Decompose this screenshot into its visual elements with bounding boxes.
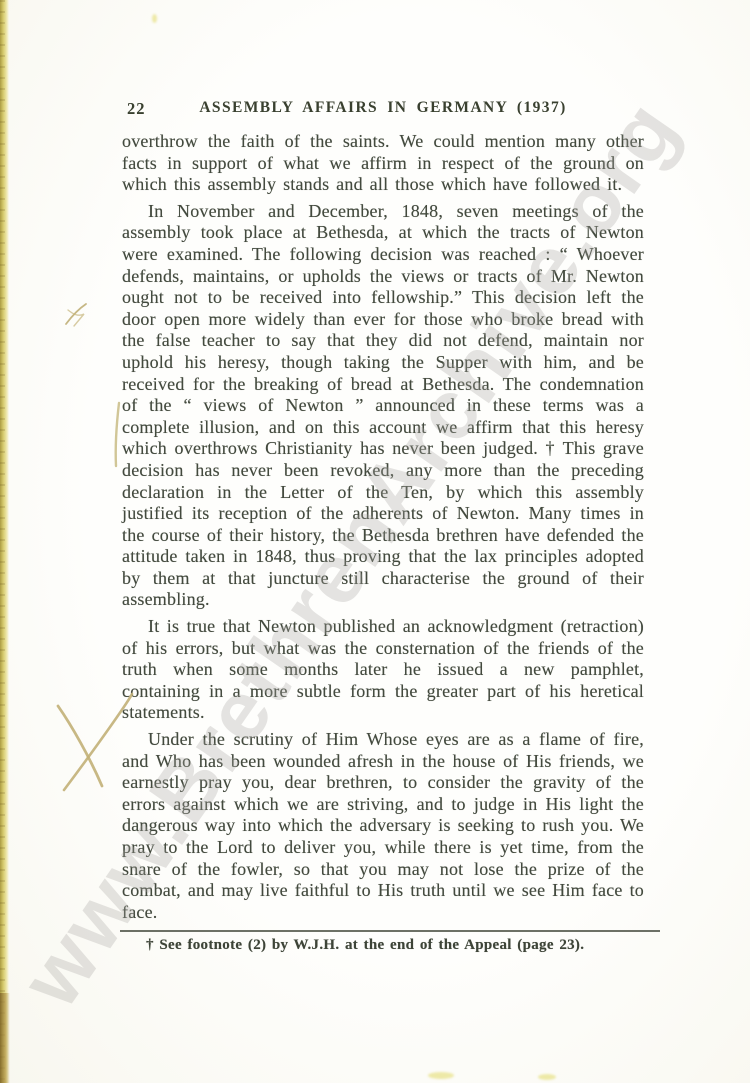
paper-smudge bbox=[538, 1074, 556, 1080]
pencil-squiggle-mark bbox=[62, 300, 92, 332]
page-number: 22 bbox=[127, 99, 146, 119]
page-edge-texture bbox=[0, 0, 5, 1083]
footnote: † See footnote (2) by W.J.H. at the end … bbox=[122, 936, 644, 954]
footnote-separator-rule bbox=[120, 930, 660, 932]
paper-speck bbox=[152, 14, 157, 23]
page-header: 22 ASSEMBLY AFFAIRS IN GERMANY (1937) bbox=[122, 99, 644, 121]
scanned-book-page: 22 ASSEMBLY AFFAIRS IN GERMANY (1937) ov… bbox=[0, 0, 750, 1083]
paragraph-3: It is true that Newton published an ackn… bbox=[122, 616, 644, 724]
book-page-edge-corner bbox=[0, 993, 10, 1083]
pencil-x-mark bbox=[48, 682, 148, 804]
paragraph-4: Under the scrutiny of Him Whose eyes are… bbox=[122, 729, 644, 923]
paragraph-2: In November and December, 1848, seven me… bbox=[122, 201, 644, 611]
running-title: ASSEMBLY AFFAIRS IN GERMANY (1937) bbox=[122, 99, 644, 117]
pencil-vertical-line-mark bbox=[110, 400, 124, 470]
paragraph-1: overthrow the faith of the saints. We co… bbox=[122, 131, 644, 196]
paper-smudge bbox=[428, 1072, 454, 1079]
book-page-edge bbox=[0, 0, 9, 1083]
text-block: overthrow the faith of the saints. We co… bbox=[122, 131, 644, 954]
